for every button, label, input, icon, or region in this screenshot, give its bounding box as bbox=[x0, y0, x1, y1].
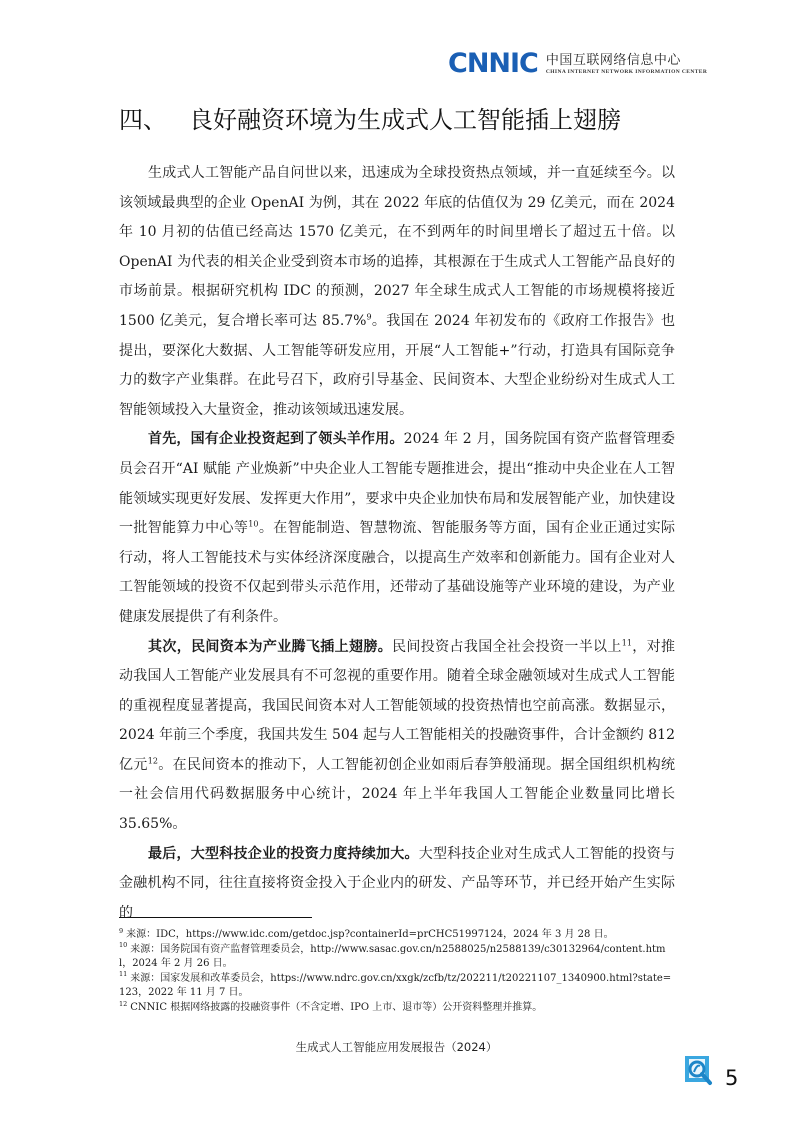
footnote-12: 12CNNIC 根据网络披露的投融资事件（不含定增、IPO 上市、退市等）公开资… bbox=[119, 1001, 675, 1016]
logo-chinese-name: 中国互联网络信息中心 bbox=[546, 53, 707, 68]
footnote-11: 11来源：国家发展和改革委员会，https://www.ndrc.gov.cn/… bbox=[119, 972, 675, 1001]
footnote-text: 来源：IDC，https://www.idc.com/getdoc.jsp?co… bbox=[126, 929, 613, 940]
footnote-number: 11 bbox=[119, 970, 127, 978]
footnote-ref-10[interactable]: 10 bbox=[248, 519, 258, 528]
paragraph-text: 民间投资占我国全社会投资一半以上 bbox=[392, 639, 622, 655]
paragraph-text-tail: ，对推动我国人工智能产业发展具有不可忽视的重要作用。随着全球金融领域对生成式人工… bbox=[119, 639, 675, 773]
report-title-footer: 生成式人工智能应用发展报告（2024） bbox=[0, 1039, 793, 1055]
paragraph-lead: 首先，国有企业投资起到了领头羊作用。 bbox=[148, 431, 404, 447]
paragraph-state-enterprises: 首先，国有企业投资起到了领头羊作用。2024 年 2 月，国务院国有资产监督管理… bbox=[119, 425, 675, 632]
footnote-divider bbox=[119, 917, 312, 918]
paragraph-private-capital: 其次，民间资本为产业腾飞插上翅膀。民间投资占我国全社会投资一半以上11，对推动我… bbox=[119, 633, 675, 840]
logo-text: 中国互联网络信息中心 CHINA INTERNET NETWORK INFORM… bbox=[546, 53, 707, 76]
footnote-text: CNNIC 根据网络披露的投融资事件（不含定增、IPO 上市、退市等）公开资料整… bbox=[130, 1002, 542, 1013]
footnote-9: 9来源：IDC，https://www.idc.com/getdoc.jsp?c… bbox=[119, 928, 675, 943]
footnotes: 9来源：IDC，https://www.idc.com/getdoc.jsp?c… bbox=[119, 928, 675, 1016]
footnote-text: 来源：国务院国有资产监督管理委员会，http://www.sasac.gov.c… bbox=[119, 944, 666, 970]
section-number: 四、 bbox=[119, 106, 167, 134]
section-title: 良好融资环境为生成式人工智能插上翅膀 bbox=[189, 106, 621, 134]
footnote-number: 12 bbox=[119, 1000, 127, 1008]
footnote-10: 10来源：国务院国有资产监督管理委员会，http://www.sasac.gov… bbox=[119, 943, 675, 972]
paragraph-lead: 其次，民间资本为产业腾飞插上翅膀。 bbox=[148, 639, 392, 655]
paragraph-text-tail: 。在民间资本的推动下，人工智能初创企业如雨后春笋般涌现。据全国组织机构统一社会信… bbox=[119, 757, 675, 832]
body-text: 生成式人工智能产品自问世以来，迅速成为全球投资热点领域，并一直延续至今。以该领域… bbox=[119, 159, 675, 928]
section-heading: 四、良好融资环境为生成式人工智能插上翅膀 bbox=[119, 100, 621, 135]
paragraph-text: 生成式人工智能产品自问世以来，迅速成为全球投资热点领域，并一直延续至今。以该领域… bbox=[119, 165, 675, 329]
footnote-ref-12[interactable]: 12 bbox=[148, 756, 158, 765]
footnote-number: 10 bbox=[119, 941, 127, 949]
cnnic-logo: CNNIC 中国互联网络信息中心 CHINA INTERNET NETWORK … bbox=[448, 52, 707, 76]
footnote-ref-11[interactable]: 11 bbox=[622, 638, 632, 647]
page-number: 5 bbox=[725, 1066, 738, 1090]
footnote-text: 来源：国家发展和改革委员会，https://www.ndrc.gov.cn/xx… bbox=[119, 973, 671, 999]
magnifier-report-icon bbox=[685, 1056, 713, 1086]
paragraph-tech-companies: 最后，大型科技企业的投资力度持续加大。大型科技企业对生成式人工智能的投资与金融机… bbox=[119, 840, 675, 929]
logo-english-name: CHINA INTERNET NETWORK INFORMATION CENTE… bbox=[546, 68, 707, 76]
footnote-number: 9 bbox=[119, 927, 123, 935]
paragraph-intro: 生成式人工智能产品自问世以来，迅速成为全球投资热点领域，并一直延续至今。以该领域… bbox=[119, 159, 675, 425]
paragraph-lead: 最后，大型科技企业的投资力度持续加大。 bbox=[148, 846, 419, 862]
logo-mark: CNNIC bbox=[448, 52, 538, 76]
